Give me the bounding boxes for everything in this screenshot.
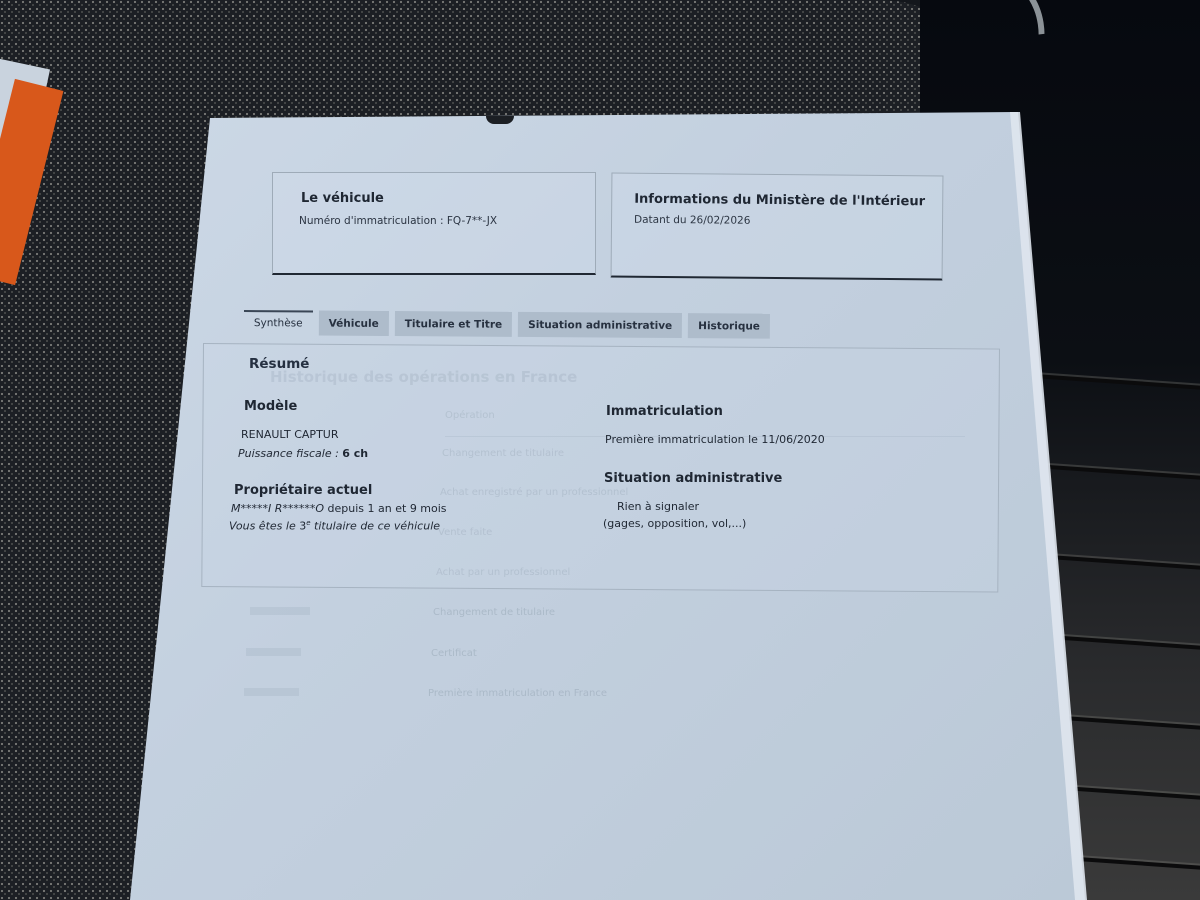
photo-scene: Historique des opérations en France Opér… [0,0,1200,900]
model-heading: Modèle [244,399,297,414]
tab-titulaire-et-titre[interactable]: Titulaire et Titre [395,311,513,337]
report-date: Datant du 26/02/2026 [634,214,750,227]
model-name: RENAULT CAPTUR [241,428,338,441]
owner-heading: Propriétaire actuel [234,483,372,498]
fiscal-power: Puissance fiscale : 6 ch [238,447,368,460]
summary-panel [201,343,1000,593]
vehicle-card: Le véhicule Numéro d'immatriculation : F… [272,172,596,275]
owner-line: M*****I R******O depuis 1 an et 9 mois [231,502,447,515]
vehicle-report: Historique des opérations en France Opér… [0,0,1200,900]
admin-note: (gages, opposition, vol,...) [603,517,746,530]
bleed-through-row: Certificat [431,648,477,659]
registration-heading: Immatriculation [606,404,723,419]
admin-heading: Situation administrative [604,471,782,486]
tab-synthese[interactable]: Synthèse [244,310,313,335]
bleed-through-row: Changement de titulaire [433,607,555,618]
first-registration: Première immatriculation le 11/06/2020 [605,433,825,446]
bleed-through-row: Première immatriculation en France [428,688,607,699]
first-registration-date: 11/06/2020 [761,433,824,446]
admin-status: Rien à signaler [617,500,699,513]
owner-name: M*****I R******O [231,502,324,515]
summary-title: Résumé [249,356,309,372]
owner-duration: 1 an et 9 mois [368,502,447,515]
plate-number: Numéro d'immatriculation : FQ-7**-JX [299,215,497,227]
owner-rank: Vous êtes le 3e titulaire de ce véhicule [229,519,440,533]
tab-situation-administrative[interactable]: Situation administrative [518,312,682,338]
tab-historique[interactable]: Historique [688,313,770,339]
tab-vehicule[interactable]: Véhicule [319,311,389,336]
ministry-card: Informations du Ministère de l'Intérieur… [611,173,944,281]
vehicle-card-title: Le véhicule [301,191,384,206]
fiscal-power-value: 6 ch [342,447,368,460]
report-tabs: Synthèse Véhicule Titulaire et Titre Sit… [244,310,770,339]
ministry-card-title: Informations du Ministère de l'Intérieur [634,192,925,210]
